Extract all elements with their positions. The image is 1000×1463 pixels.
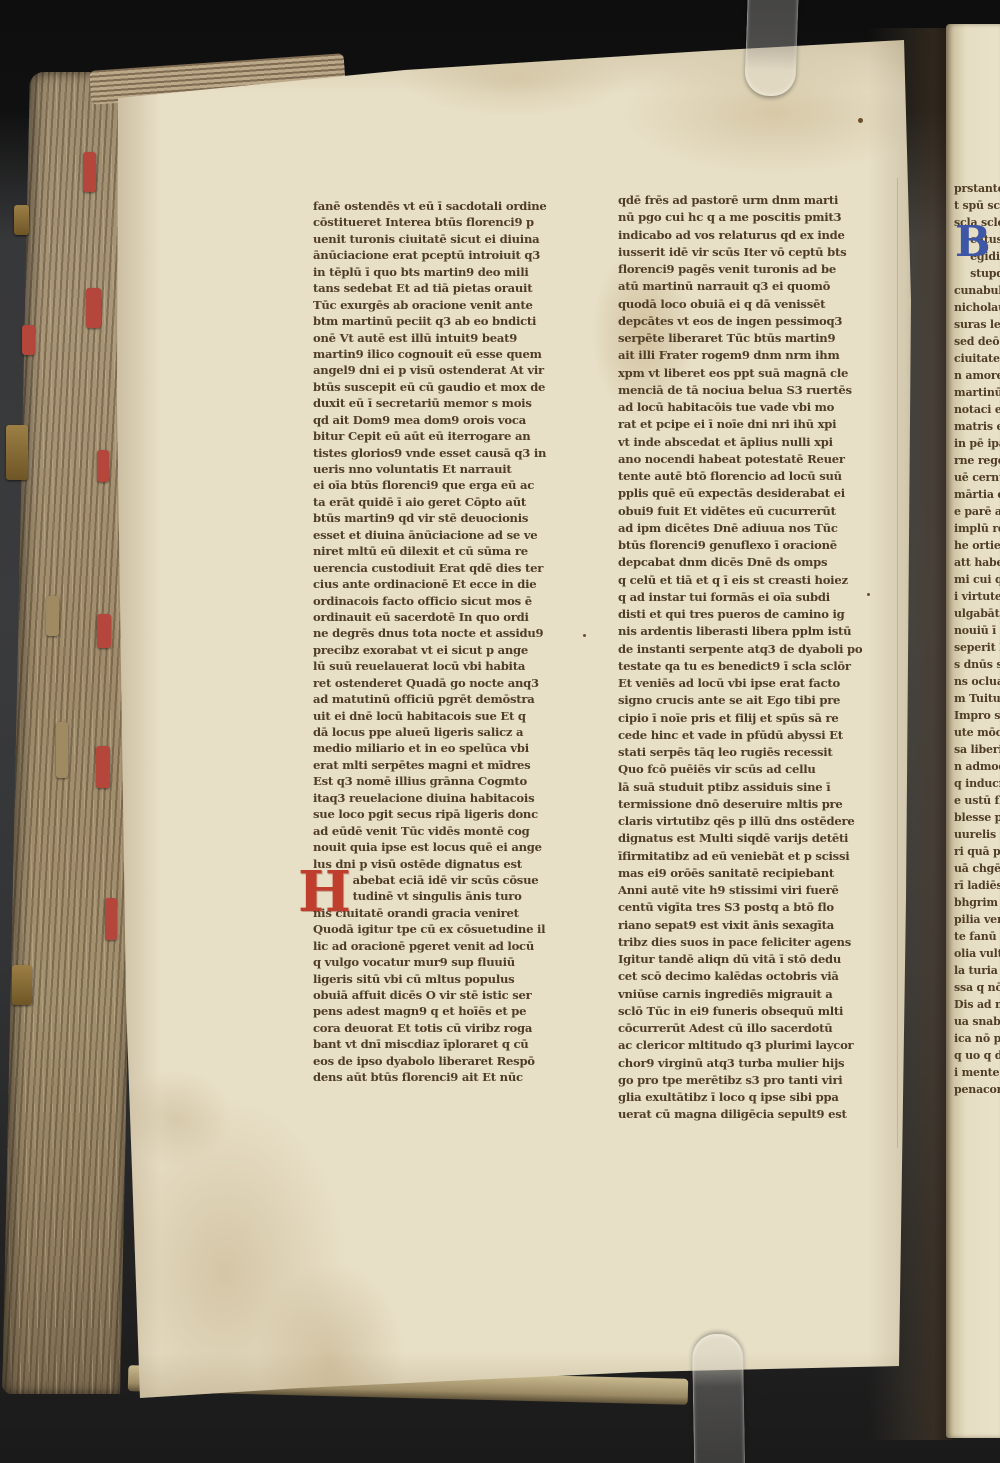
manuscript-text-line: olia vulturis — [954, 945, 1000, 962]
manuscript-text-line: mas ei9 orōēs sanitatē recipiebant — [618, 865, 908, 882]
manuscript-text-line: lā suā studuit ptibz assiduis sine ī — [618, 779, 908, 796]
manuscript-text-line: blesse precio — [954, 809, 1000, 826]
manuscript-text-line: tente autē btō florencio ad locū suū — [618, 468, 908, 485]
manuscript-text-line: ssa q nō siml — [954, 979, 1000, 996]
manuscript-text-line: dens aūt btūs florenci9 ait Et nūc — [313, 1069, 605, 1085]
manuscript-text-line: Igitur tandē aliqn dū vitā ī stō dedu — [618, 951, 908, 968]
manuscript-text-line: Anni autē vite h9 stissimi viri fuerē — [618, 882, 908, 899]
manuscript-text-line: martinū p — [954, 384, 1000, 401]
manuscript-text-line: sa liberis dmi — [954, 741, 1000, 758]
next-page-edge: prstante dnit spū scō visscla sclor Am e… — [946, 24, 1000, 1438]
manuscript-text-line: ua snabat — [954, 1013, 1000, 1030]
manuscript-text-line: lus dni p visū ostēde dignatus est — [313, 856, 605, 872]
manuscript-text-line: uē cernt ar — [954, 469, 1000, 486]
manuscript-text-line: Quo fcō puēiēs vir scūs ad cellu — [618, 761, 908, 778]
bookmark-tab — [86, 288, 101, 328]
manuscript-text-line: centū vigīta tres S3 postq a btō flo — [618, 899, 908, 916]
manuscript-text-line: rne regebat — [954, 452, 1000, 469]
manuscript-text-line: btūs martin9 qd vir stē deuocionis — [313, 510, 605, 526]
manuscript-text-line: matris epō — [954, 418, 1000, 435]
bookmark-tab — [83, 152, 96, 192]
manuscript-text-line: Est q3 nomē illius grānna Cogmto — [313, 773, 605, 789]
manuscript-text-line: bant vt dnī miscdiaz īploraret q cū — [313, 1036, 605, 1052]
manuscript-photo: fanē ostendēs vt eū ī sacdotali ordinecō… — [0, 0, 1000, 1463]
manuscript-text-line: ne degrēs dnus tota nocte et assidu9 — [313, 625, 605, 641]
manuscript-text-line: obuiā affuit dicēs O vir stē istic ser — [313, 987, 605, 1003]
manuscript-text-line: qd ait Dom9 mea dom9 orois voca — [313, 412, 605, 428]
manuscript-text-line: tribz dies suos in pace feliciter agens — [618, 934, 908, 951]
manuscript-text-line: sclō Tūc in ei9 funeris obsequū mlti — [618, 1003, 908, 1020]
manuscript-text-line: ret ostenderet Quadā go nocte anq3 — [313, 675, 605, 691]
manuscript-text-line: ei oīa btūs florenci9 que erga eū ac — [313, 477, 605, 493]
manuscript-text-line: duxit eū ī secretariū memor s mois — [313, 395, 605, 411]
manuscript-text-line: q uo q digni — [954, 1047, 1000, 1064]
manuscript-text-line: termissione dnō deseruire mltis pre — [618, 796, 908, 813]
manuscript-text-line: ute mōchos d — [954, 724, 1000, 741]
manuscript-text-line: uit ei dnē locū habitacois sue Et q — [313, 708, 605, 724]
ink-spot — [867, 593, 870, 596]
transparent-page-clamp-bottom — [692, 1334, 745, 1463]
manuscript-text-line: implū recepi — [954, 520, 1000, 537]
manuscript-text-line: indicabo ad vos relaturus qd ex inde — [618, 227, 908, 244]
drop-cap-initial-blue: B — [955, 220, 991, 264]
manuscript-text-line: tistes glorios9 vnde esset causā q3 in — [313, 445, 605, 461]
manuscript-text-line: notaci est q — [954, 401, 1000, 418]
bookmark-tab — [105, 898, 117, 940]
bookmark-tab — [22, 325, 35, 355]
manuscript-text-line: cipio ī noīe pris et filij et spūs sā re — [618, 710, 908, 727]
manuscript-text-line: suras leis et — [954, 316, 1000, 333]
text-column-right: qdē frēs ad pastorē urm dnm martinū pgo … — [618, 192, 908, 1124]
manuscript-text-line: btūs florenci9 genuflexo ī oracionē — [618, 537, 908, 554]
manuscript-text-line: claris virtutibz qēs p illū dns ostēdere — [618, 813, 908, 830]
manuscript-text-line: iusserit idē vir scūs Iter vō ceptū bts — [618, 244, 908, 261]
manuscript-text-line: Dis ad mi — [954, 996, 1000, 1013]
manuscript-text-line: ciuitate ī cu — [954, 350, 1000, 367]
manuscript-text-line: angel9 dni ei p visū ostenderat At vir — [313, 362, 605, 378]
manuscript-text-line: i mente e — [954, 1064, 1000, 1081]
bookmark-tab-worn — [46, 596, 59, 636]
manuscript-text-line: ligeris sitū vbi cū mltus populus — [313, 971, 605, 987]
manuscript-text-line: ad ipm dicētes Dnē adiuua nos Tūc — [618, 520, 908, 537]
manuscript-text-line: nicholaus si — [954, 299, 1000, 316]
manuscript-text-line: att habendū — [954, 554, 1000, 571]
manuscript-text-line: signo crucis ante se ait Ego tibi pre — [618, 692, 908, 709]
manuscript-text-line: uerat cū magna diligēcia sepult9 est — [618, 1106, 908, 1123]
manuscript-text-line: martin9 ilico cognouit eū esse quem — [313, 346, 605, 362]
manuscript-text-line: disti et qui tres pueros de camino ig — [618, 606, 908, 623]
manuscript-text-line: Impro sacerdo — [954, 707, 1000, 724]
manuscript-text-line: tans sedebat Et ad tiā pietas orauit — [313, 280, 605, 296]
manuscript-text-line: btm martinū peciit q3 ab eo bndicti — [313, 313, 605, 329]
manuscript-text-line: vt inde abscedat et āplius nulli xpi — [618, 434, 908, 451]
manuscript-text-line: nū pgo cui hc q a me poscitis pmit3 — [618, 209, 908, 226]
manuscript-text-line: prstante dni — [954, 180, 1000, 197]
manuscript-text-line: menciā de tā nociua belua S3 ruertēs — [618, 382, 908, 399]
manuscript-page: fanē ostendēs vt eū ī sacdotali ordinecō… — [115, 38, 913, 1402]
manuscript-text-line: itaq3 reuelacione diuina habitacois — [313, 790, 605, 806]
manuscript-text-line: onē Vt autē est illū intuit9 beat9 — [313, 330, 605, 346]
bookmark-tab — [97, 450, 109, 482]
manuscript-text-line: penacone qi — [954, 1081, 1000, 1098]
manuscript-text-line: ri quā pōcis d — [954, 843, 1000, 860]
manuscript-text-line: depcabat dnm dicēs Dnē ds omps — [618, 554, 908, 571]
manuscript-text-line: abebat eciā idē vir scūs cōsue — [313, 872, 605, 888]
manuscript-text-line: ordinauit eū sacerdotē In quo ordi — [313, 609, 605, 625]
manuscript-text-line: qdē frēs ad pastorē urm dnm marti — [618, 192, 908, 209]
manuscript-text-line: testate qa tu es benedict9 ī scla sclōr — [618, 658, 908, 675]
manuscript-text-line: in tēplū ī quo bts martin9 deo mili — [313, 264, 605, 280]
manuscript-text-line: uenit turonis ciuitatē sicut ei diuina — [313, 231, 605, 247]
manuscript-text-line: ns ocluasti a — [954, 673, 1000, 690]
manuscript-text-line: stupdoilis e — [954, 265, 1000, 282]
manuscript-text-line: lic ad oracionē pgeret venit ad locū — [313, 938, 605, 954]
manuscript-text-line: de instanti serpente atq3 de dyaboli po — [618, 641, 908, 658]
manuscript-text-line: t spū scō vis — [954, 197, 1000, 214]
manuscript-text-line: ta erāt quidē ī aio geret Cōpto aūt — [313, 494, 605, 510]
manuscript-text-line: cede hinc et vade in pfūdū abyssi Et — [618, 727, 908, 744]
manuscript-text-line: cet scō decimo kalēdas octobris viā — [618, 968, 908, 985]
manuscript-text-line: cōstitueret Interea btūs florenci9 p — [313, 214, 605, 230]
manuscript-text-line: lū suū reuelauerat locū vbi habita — [313, 658, 605, 674]
manuscript-text-line: pens adest magn9 q et hoīēs et pe — [313, 1003, 605, 1019]
manuscript-text-line: nouiū ī gall — [954, 622, 1000, 639]
clasp-hardware — [12, 965, 32, 1005]
drop-cap-initial-red: H — [298, 864, 351, 920]
manuscript-text-line: bitur Cepit eū aūt eū iterrogare an — [313, 428, 605, 444]
manuscript-text-line: q vulgo vocatur mur9 sup fluuiū — [313, 954, 605, 970]
manuscript-text-line: rat et pcipe ei ī noīe dni nri ihū xpi — [618, 416, 908, 433]
manuscript-text-line: niret mltū eū dilexit et cū sūma re — [313, 543, 605, 559]
manuscript-text-line: ānūciacione erat pceptū introiuit q3 — [313, 247, 605, 263]
manuscript-text-line: medio miliario et in eo spelūca vbi — [313, 740, 605, 756]
manuscript-text-line: e parē ant u — [954, 503, 1000, 520]
manuscript-text-line: nis ardentis liberasti libera pplm istū — [618, 623, 908, 640]
manuscript-text-line: nouit quia ipse est locus quē ei ange — [313, 839, 605, 855]
manuscript-text-line: pilia venustas — [954, 911, 1000, 928]
manuscript-text-line: ulgabāt imp — [954, 605, 1000, 622]
manuscript-text-line: ueris nno voluntatis Et narrauit — [313, 461, 605, 477]
manuscript-text-line: depcātes vt eos de ingen pessimoq3 — [618, 313, 908, 330]
bookmark-tab-worn — [56, 722, 68, 778]
manuscript-text-line: dā locus ppe alueū ligeris salicz a — [313, 724, 605, 740]
clasp-hardware — [6, 425, 28, 480]
text-column-left: fanē ostendēs vt eū ī sacdotali ordinecō… — [313, 198, 605, 1086]
manuscript-text-line: nis ciuitatē orandi gracia veniret — [313, 905, 605, 921]
manuscript-text-line: ad eūdē venit Tūc vidēs montē cog — [313, 823, 605, 839]
manuscript-text-line: īfirmitatibz ad eū veniebāt et p scissi — [618, 848, 908, 865]
manuscript-text-line: he ortieta mir — [954, 537, 1000, 554]
manuscript-text-line: glia exultātibz ī loco q ipse sibi ppa — [618, 1089, 908, 1106]
manuscript-text-line: ad matutinū officiū pgrēt demōstra — [313, 691, 605, 707]
manuscript-text-line: tudinē vt singulis ānis turo — [313, 888, 605, 904]
manuscript-text-line: ordinacois facto officio sicut mos ē — [313, 593, 605, 609]
manuscript-text-line: cora deuorat Et totis cū viribz roga — [313, 1020, 605, 1036]
manuscript-text-line: riano sepat9 est vixit ānis sexagīta — [618, 917, 908, 934]
manuscript-text-line: Quodā igitur tpe cū ex cōsuetudine il — [313, 921, 605, 937]
transparent-page-clamp-top — [744, 0, 799, 97]
manuscript-text-line: ica nō posset — [954, 1030, 1000, 1047]
ink-spot — [583, 634, 586, 637]
manuscript-text-line: uurelis turoi — [954, 826, 1000, 843]
manuscript-text-line: mārtia cule — [954, 486, 1000, 503]
manuscript-text-line: atū martinū narrauit q3 ei quomō — [618, 278, 908, 295]
manuscript-text-line: Et veniēs ad locū vbi ipse erat facto — [618, 675, 908, 692]
manuscript-text-line: q ad instar tui formās ei oīa subdi — [618, 589, 908, 606]
manuscript-text-line: la turia qua — [954, 962, 1000, 979]
manuscript-text-line: eos de ipso dyabolo liberaret Respō — [313, 1053, 605, 1069]
manuscript-text-line: mi cui q pō pi — [954, 571, 1000, 588]
manuscript-text-line: ad locū habitacōis tue vade vbi mo — [618, 399, 908, 416]
manuscript-text-line: te fanū fore — [954, 928, 1000, 945]
manuscript-text-line: in pē ipā q n — [954, 435, 1000, 452]
manuscript-text-line: dignatus est Multi siqdē varijs detēti — [618, 830, 908, 847]
manuscript-text-line: q celū et tiā et q ī eis st creasti hoie… — [618, 572, 908, 589]
manuscript-text-line: fanē ostendēs vt eū ī sacdotali ordine — [313, 198, 605, 214]
manuscript-text-line: m Tuitus mi — [954, 690, 1000, 707]
manuscript-text-line: ait illi Frater rogem9 dnm nrm ihm — [618, 347, 908, 364]
manuscript-text-line: serpēte liberaret Tūc btūs martin9 — [618, 330, 908, 347]
manuscript-text-line: precibz exorabat vt ei sicut p ange — [313, 642, 605, 658]
manuscript-text-line: rī ladiēs au — [954, 877, 1000, 894]
manuscript-text-line: obui9 fuit Et vidētes eū cucurrerūt — [618, 503, 908, 520]
manuscript-text-line: e ustū flētes — [954, 792, 1000, 809]
manuscript-text-line: vniūse carnis ingrediēs migrauit a — [618, 986, 908, 1003]
manuscript-text-line: cius ante ordinacionē Et ecce in die — [313, 576, 605, 592]
manuscript-text-line: stati serpēs tāq leo rugiēs recessit — [618, 744, 908, 761]
manuscript-text-line: Tūc exurgēs ab oracione venit ante — [313, 297, 605, 313]
manuscript-text-line: esset et diuina ānūciacione ad se ve — [313, 527, 605, 543]
manuscript-text-line: cunabulis a — [954, 282, 1000, 299]
manuscript-text-line: go pro tpe merētibz s3 pro tanti viri — [618, 1072, 908, 1089]
manuscript-text-line: uerencia custodiuit Erat qdē dies ter — [313, 560, 605, 576]
manuscript-text-line: quodā loco obuiā ei q dā venissēt — [618, 296, 908, 313]
manuscript-text-line: btūs suscepit eū cū gaudio et mox de — [313, 379, 605, 395]
manuscript-text-line: i virtutes p e — [954, 588, 1000, 605]
manuscript-text-line: s dnūs sp o — [954, 656, 1000, 673]
manuscript-text-line: ac clericor mltitudo q3 plurimi laycor — [618, 1037, 908, 1054]
manuscript-text-line: n amore qi — [954, 367, 1000, 384]
manuscript-text-line: florenci9 pagēs venit turonis ad be — [618, 261, 908, 278]
clasp-hardware — [14, 205, 29, 235]
manuscript-text-line: erat mlti serpētes magni et mīdres — [313, 757, 605, 773]
bookmark-tab — [96, 746, 110, 788]
manuscript-text-line: sue loco pgit secus ripā ligeris donc — [313, 806, 605, 822]
manuscript-text-line: xpm vt liberet eos ppt suā magnā cle — [618, 365, 908, 382]
manuscript-text-line: bhgrim flu — [954, 894, 1000, 911]
manuscript-text-line: pplis quē eū expectās desiderabat ei — [618, 485, 908, 502]
manuscript-text-line: q inducnōibz — [954, 775, 1000, 792]
ink-spot — [858, 118, 863, 123]
manuscript-text-line: cōcurrerūt Adest cū illo sacerdotū — [618, 1020, 908, 1037]
manuscript-text-line: n admodū de — [954, 758, 1000, 775]
manuscript-text-line: uā chgēt and — [954, 860, 1000, 877]
manuscript-text-line: seperit Et t — [954, 639, 1000, 656]
manuscript-text-line: chor9 virginū atq3 turba mulier hijs — [618, 1055, 908, 1072]
bookmark-tab — [97, 614, 111, 648]
manuscript-text-line: ano nocendi habeat potestatē Reuer — [618, 451, 908, 468]
next-page-text-column: prstante dnit spū scō visscla sclor Am e… — [954, 180, 1000, 1098]
manuscript-text-line: sed deō mar — [954, 333, 1000, 350]
